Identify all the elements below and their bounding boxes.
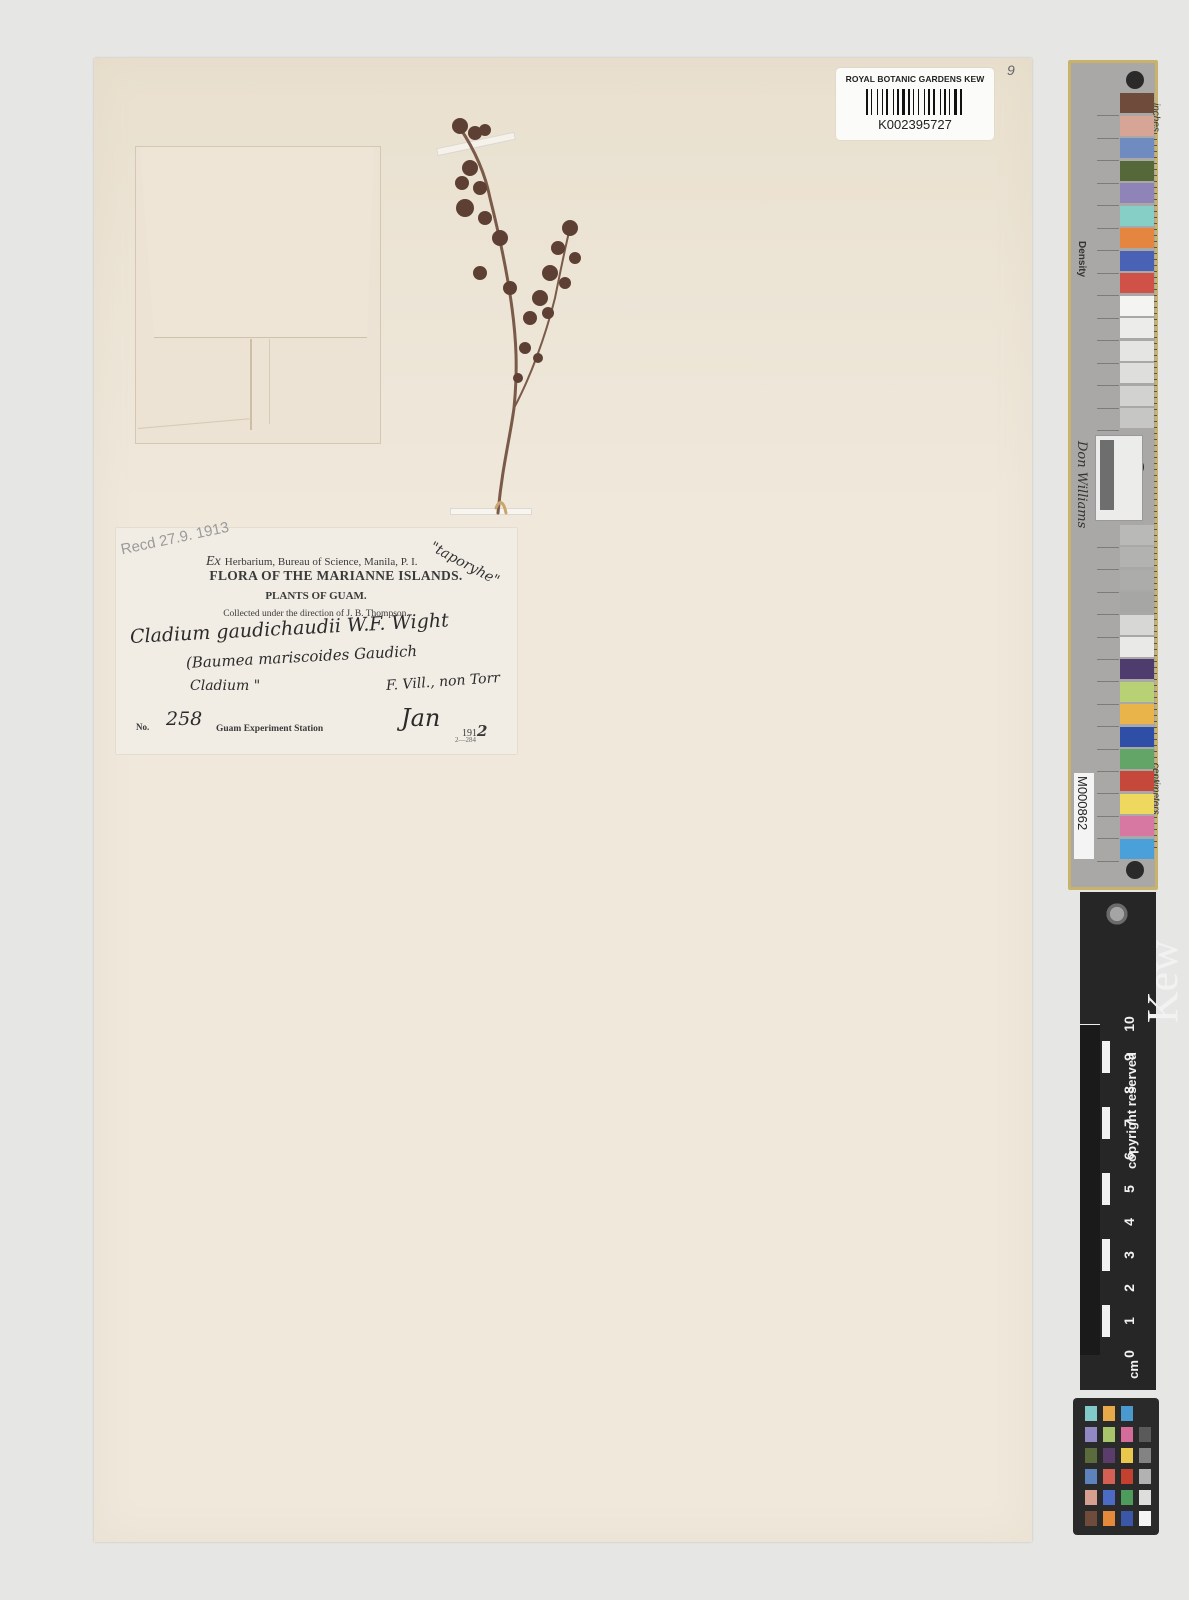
checker-patch xyxy=(1085,1427,1097,1442)
colour-swatch xyxy=(1120,138,1154,158)
scale-stripe xyxy=(1102,1107,1110,1123)
colour-swatch xyxy=(1120,318,1154,338)
colour-swatch xyxy=(1120,341,1154,361)
density-label: Density xyxy=(1076,241,1087,277)
colour-swatch xyxy=(1120,659,1154,679)
scale-number: 1 xyxy=(1121,1312,1137,1330)
colour-swatch xyxy=(1120,93,1154,113)
colour-swatch xyxy=(1120,547,1154,567)
checker-patch xyxy=(1103,1490,1115,1505)
colour-swatch xyxy=(1120,749,1154,769)
station-name: Guam Experiment Station xyxy=(216,724,323,734)
ruler-ticks xyxy=(1154,133,1157,853)
collection-month: Jan xyxy=(401,704,440,732)
fragment-packet xyxy=(135,146,381,444)
sample-code-sticker: M000862 xyxy=(1074,773,1094,859)
checker-patch xyxy=(1139,1511,1151,1526)
label-title: FLORA OF THE MARIANNE ISLANDS. xyxy=(116,568,516,584)
colour-swatch xyxy=(1120,206,1154,226)
checker-patch xyxy=(1085,1469,1097,1484)
density-cell xyxy=(1097,228,1119,251)
density-cell xyxy=(1097,116,1119,139)
brand-name: Don Williams xyxy=(1074,441,1089,528)
checker-patch xyxy=(1103,1511,1115,1526)
scale-block xyxy=(1080,1057,1100,1091)
scale-block xyxy=(1080,1255,1100,1289)
packet-fold xyxy=(138,418,250,429)
scale-stripe xyxy=(1102,1041,1110,1057)
scale-stripe xyxy=(1102,1305,1110,1321)
density-cell xyxy=(1097,161,1119,184)
kew-logo: Kew xyxy=(1137,940,1188,1023)
scale-stripe xyxy=(1102,1321,1110,1337)
scale-block xyxy=(1080,1123,1100,1157)
colour-swatch xyxy=(1120,161,1154,181)
scale-number: 9 xyxy=(1121,1048,1137,1066)
scale-stripe xyxy=(1102,1255,1110,1271)
checker-patch xyxy=(1121,1427,1133,1442)
checker-patch xyxy=(1121,1490,1133,1505)
colour-swatch xyxy=(1120,273,1154,293)
barcode-label: ROYAL BOTANIC GARDENS KEW K002395727 xyxy=(836,68,994,140)
colour-swatch xyxy=(1120,816,1154,836)
institution-name: ROYAL BOTANIC GARDENS KEW xyxy=(836,74,994,84)
barcode-number: K002395727 xyxy=(836,117,994,132)
checker-patch xyxy=(1139,1427,1151,1442)
checker-patch xyxy=(1085,1406,1097,1421)
density-cell xyxy=(1097,363,1119,386)
checker-patch xyxy=(1085,1448,1097,1463)
packet-flap xyxy=(140,147,374,338)
density-cell xyxy=(1097,341,1119,364)
density-cell xyxy=(1097,682,1119,705)
colour-swatch xyxy=(1120,570,1154,590)
density-cell xyxy=(1097,749,1119,772)
checker-patch xyxy=(1085,1490,1097,1505)
checker-patch xyxy=(1103,1448,1115,1463)
scale-number: 3 xyxy=(1121,1246,1137,1264)
density-cell xyxy=(1097,727,1119,750)
scale-number: 4 xyxy=(1121,1213,1137,1231)
colour-swatch xyxy=(1120,525,1154,545)
scale-block xyxy=(1080,1288,1100,1322)
hole-icon xyxy=(1126,71,1144,89)
checker-patch xyxy=(1103,1406,1115,1421)
density-cell xyxy=(1097,318,1119,341)
scale-stripe xyxy=(1102,1057,1110,1073)
scale-block xyxy=(1080,1024,1100,1058)
scale-number: 0 xyxy=(1121,1345,1137,1363)
colour-checker-card xyxy=(1073,1398,1159,1535)
checker-patch xyxy=(1121,1511,1133,1526)
barcode-icon xyxy=(836,89,994,115)
colour-swatch xyxy=(1120,839,1154,859)
scale-stripe xyxy=(1102,1189,1110,1205)
plant-specimen-icon xyxy=(430,108,590,518)
scale-block xyxy=(1080,1090,1100,1124)
density-cell xyxy=(1097,273,1119,296)
scale-number: 2 xyxy=(1121,1279,1137,1297)
checker-patch xyxy=(1103,1427,1115,1442)
colour-swatch xyxy=(1120,794,1154,814)
colour-swatch xyxy=(1120,228,1154,248)
density-cell xyxy=(1097,408,1119,431)
synonym-author: F. Vill., non Torr xyxy=(386,670,501,694)
scale-stripe xyxy=(1102,1123,1110,1139)
scale-block xyxy=(1080,1222,1100,1256)
density-cell xyxy=(1097,525,1119,548)
density-cell xyxy=(1097,592,1119,615)
scale-stripe xyxy=(1102,1173,1110,1189)
label-subtitle: PLANTS OF GUAM. xyxy=(116,590,506,602)
density-cell xyxy=(1097,296,1119,319)
density-cell xyxy=(1097,637,1119,660)
density-cell xyxy=(1097,570,1119,593)
colour-swatch xyxy=(1120,408,1154,428)
colour-swatch xyxy=(1120,116,1154,136)
packet-fold xyxy=(269,339,270,424)
density-cell xyxy=(1097,138,1119,161)
checker-patch xyxy=(1139,1448,1151,1463)
checker-patch xyxy=(1121,1448,1133,1463)
scale-number: 5 xyxy=(1121,1180,1137,1198)
density-cell xyxy=(1097,386,1119,409)
kew-crest-icon xyxy=(1100,898,1134,930)
density-cell xyxy=(1097,183,1119,206)
scale-number: 6 xyxy=(1121,1147,1137,1165)
colour-swatch xyxy=(1120,682,1154,702)
colour-ruler: inches centimeters Density Don Williams … xyxy=(1068,60,1158,890)
density-cell xyxy=(1097,839,1119,862)
colour-swatch xyxy=(1120,386,1154,406)
number-label: No. xyxy=(136,722,149,732)
scale-block xyxy=(1080,1321,1100,1355)
checker-patch xyxy=(1139,1406,1151,1421)
scale-number: 8 xyxy=(1121,1081,1137,1099)
kew-scale-bar: Kew copyright reserved cm 012345678910 xyxy=(1080,892,1156,1390)
colour-swatch xyxy=(1120,183,1154,203)
density-cell xyxy=(1097,206,1119,229)
scale-number: 10 xyxy=(1121,1015,1137,1033)
scale-stripe xyxy=(1102,1239,1110,1255)
density-cell xyxy=(1097,251,1119,274)
density-cell xyxy=(1097,704,1119,727)
scale-block xyxy=(1080,1156,1100,1190)
packet-fold xyxy=(250,339,252,430)
density-cell xyxy=(1097,771,1119,794)
collection-number: 258 xyxy=(166,708,202,730)
hole-icon xyxy=(1126,861,1144,879)
synonym-1: (Baumea mariscoides Gaudich xyxy=(186,642,418,672)
gray-scale-card xyxy=(1095,435,1143,521)
density-cell xyxy=(1097,93,1119,116)
synonym-2: Cladium " xyxy=(190,678,260,694)
density-cell xyxy=(1097,794,1119,817)
colour-swatch xyxy=(1120,363,1154,383)
checker-patch xyxy=(1121,1469,1133,1484)
print-code: 2—284 xyxy=(455,736,476,744)
colour-swatch xyxy=(1120,771,1154,791)
checker-patch xyxy=(1121,1406,1133,1421)
density-cell xyxy=(1097,659,1119,682)
checker-patch xyxy=(1139,1469,1151,1484)
scale-block xyxy=(1080,1189,1100,1223)
colour-swatch xyxy=(1120,637,1154,657)
colour-swatch xyxy=(1120,592,1154,612)
checker-patch xyxy=(1139,1490,1151,1505)
colour-swatch xyxy=(1120,704,1154,724)
scale-number: 7 xyxy=(1121,1114,1137,1132)
colour-swatch xyxy=(1120,727,1154,747)
checker-patch xyxy=(1103,1469,1115,1484)
sheet-corner-mark: 9 xyxy=(1007,62,1015,78)
density-cell xyxy=(1097,615,1119,638)
colour-swatch xyxy=(1120,296,1154,316)
density-cell xyxy=(1097,816,1119,839)
checker-patch xyxy=(1085,1511,1097,1526)
density-cell xyxy=(1097,547,1119,570)
colour-swatch xyxy=(1120,615,1154,635)
colour-swatch xyxy=(1120,251,1154,271)
specimen-label: Recd 27.9. 1913 ExHerbarium, Bureau of S… xyxy=(116,528,517,754)
